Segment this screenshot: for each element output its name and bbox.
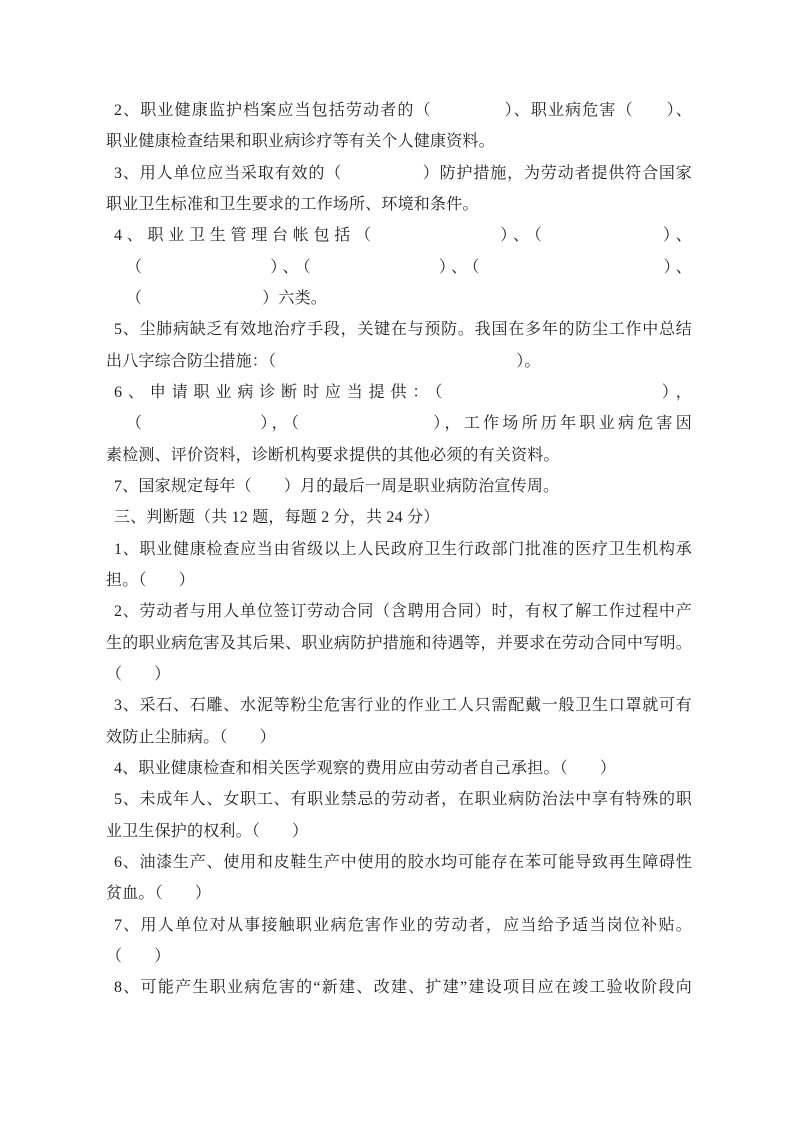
text-line: 2、劳动者与用人单位签订劳动合同（含聘用合同）时，有权了解工作过程中产 [106, 596, 692, 627]
text-line: 2、职业健康监护档案应当包括劳动者的（）、职业病危害（）、 [106, 95, 692, 126]
blank-answer-field [376, 238, 496, 240]
text-run: 担。（ [106, 572, 147, 589]
text-line: （）六类。 [106, 283, 692, 314]
text-line: 业卫生保护的权利。（） [106, 816, 692, 847]
text-line: 7、国家规定每年（）月的最后一周是职业病防治宣传周。 [106, 471, 692, 502]
text-run: 5、未成年人、女职工、有职业禁忌的劳动者，在职业病防治法中享有特殊的职 [114, 791, 692, 808]
text-run: 4、职业健康检查和相关医学观察的费用应由劳动者自己承担。（ [114, 760, 568, 777]
blank-answer-field [122, 959, 154, 961]
blank-answer-field [484, 270, 660, 272]
text-run: 业卫生保护的权利。（ [106, 823, 260, 840]
blank-answer-field [448, 395, 656, 397]
text-run: 5、尘肺病缺乏有效地治疗手段，关键在与预防。我国在多年的防尘工作中总结 [114, 321, 692, 338]
blank-answer-field [147, 583, 179, 585]
blank-answer-field [634, 113, 666, 115]
text-run: ）月的最后一周是职业病防治宣传周。 [284, 478, 559, 495]
text-run: 3、采石、石雕、水泥等粉尘危害行业的作业工人只需配戴一般卫生口罩就可有 [114, 697, 692, 714]
blank-answer-field [163, 896, 195, 898]
text-line: （）、（）、（）、 [106, 252, 692, 283]
text-line: （） [106, 941, 692, 972]
text-run: 7、用人单位对从事接触职业病危害作业的劳动者，应当给予适当岗位补贴。 [114, 917, 692, 934]
text-run: （ [106, 948, 122, 965]
text-line: 3、采石、石雕、水泥等粉尘危害行业的作业工人只需配戴一般卫生口罩就可有 [106, 690, 692, 721]
text-run: ）、（ [266, 259, 315, 276]
text-run: 出八字综合防尘措施：（ [106, 353, 276, 370]
text-run: （ [106, 666, 122, 683]
text-run: ） [179, 572, 195, 589]
text-line: 3、用人单位应当采取有效的（）防护措施，为劳动者提供符合国家 [106, 158, 692, 189]
text-line: 生的职业病危害及其后果、职业病防护措施和待遇等，并要求在劳动合同中写明。 [106, 628, 692, 659]
text-line: （） [106, 659, 692, 690]
text-line: 职业健康检查结果和职业病诊疗等有关个人健康资料。 [106, 126, 692, 157]
text-run: ）、 [660, 259, 692, 276]
blank-answer-field [276, 364, 516, 366]
text-run: 职业卫生标准和卫生要求的工作场所、环境和条件。 [106, 196, 479, 213]
blank-answer-field [142, 301, 262, 303]
text-run: ）、 [659, 227, 693, 244]
text-line: 4、职业健康检查和相关医学观察的费用应由劳动者自己承担。（） [106, 753, 692, 784]
text-line: 7、用人单位对从事接触职业病危害作业的劳动者，应当给予适当岗位补贴。 [106, 910, 692, 941]
text-run: ）、职业病危害（ [504, 102, 634, 119]
text-run: ）六类。 [262, 290, 327, 307]
text-run: 2、劳动者与用人单位签订劳动合同（含聘用合同）时，有权了解工作过程中产 [114, 603, 692, 620]
text-run: ）、 [666, 102, 692, 119]
text-run: 8、可能产生职业病危害的“新建、改建、扩建”建设项目应在竣工验收阶段向 [114, 979, 692, 996]
text-run: ）。 [516, 353, 540, 370]
text-run: （ [126, 259, 146, 276]
text-run: 6、申请职业病诊断时应当提供：（ [114, 384, 448, 401]
text-run: ）防护措施，为劳动者提供符合国家 [422, 165, 692, 182]
text-run: 4、职业卫生管理台帐包括（ [114, 227, 376, 244]
document-page-content: 2、职业健康监护档案应当包括劳动者的（）、职业病危害（）、职业健康检查结果和职业… [106, 95, 692, 1004]
blank-answer-field [145, 426, 257, 428]
blank-answer-field [342, 176, 422, 178]
text-run: 7、国家规定每年（ [114, 478, 252, 495]
blank-answer-field [547, 238, 659, 240]
blank-answer-field [260, 834, 292, 836]
text-run: （ [126, 290, 142, 307]
text-run: ），（ [257, 415, 302, 432]
text-run: ）、（ [435, 259, 484, 276]
text-run: （ [126, 415, 145, 432]
text-line: 职业卫生标准和卫生要求的工作场所、环境和条件。 [106, 189, 692, 220]
text-run: ） [292, 823, 308, 840]
blank-answer-field [252, 489, 284, 491]
text-line: 5、尘肺病缺乏有效地治疗手段，关键在与预防。我国在多年的防尘工作中总结 [106, 314, 692, 345]
text-run: 2、职业健康监护档案应当包括劳动者的（ [114, 102, 432, 119]
text-run: ） [260, 729, 276, 746]
blank-answer-field [122, 677, 154, 679]
text-run: 1、职业健康检查应当由省级以上人民政府卫生行政部门批准的医疗卫生机构承 [114, 541, 692, 558]
text-run: ），工作场所历年职业病危害因 [430, 415, 692, 432]
text-line: 三、判断题（共 12 题，每题 2 分，共 24 分） [106, 502, 692, 533]
text-line: 5、未成年人、女职工、有职业禁忌的劳动者，在职业病防治法中享有特殊的职 [106, 784, 692, 815]
blank-answer-field [228, 740, 260, 742]
text-run: ）， [656, 384, 692, 401]
text-line: 1、职业健康检查应当由省级以上人民政府卫生行政部门批准的医疗卫生机构承 [106, 534, 692, 565]
document-page: 2、职业健康监护档案应当包括劳动者的（）、职业病危害（）、职业健康检查结果和职业… [0, 0, 793, 1122]
text-run: ） [600, 760, 616, 777]
text-line: 6、油漆生产、使用和皮鞋生产中使用的胶水均可能存在苯可能导致再生障碍性 [106, 847, 692, 878]
text-line: 素检测、评价资料，诊断机构要求提供的其他必须的有关资料。 [106, 440, 692, 471]
text-line: 出八字综合防尘措施：（）。 [106, 346, 692, 377]
text-line: 6、申请职业病诊断时应当提供：（）， [106, 377, 692, 408]
text-line: 8、可能产生职业病危害的“新建、改建、扩建”建设项目应在竣工验收阶段向 [106, 972, 692, 1003]
text-line: 担。（） [106, 565, 692, 596]
text-run: ） [154, 948, 170, 965]
text-run: ）、（ [496, 227, 547, 244]
blank-answer-field [432, 113, 504, 115]
blank-answer-field [302, 426, 430, 428]
text-run: ） [154, 666, 170, 683]
blank-answer-field [568, 771, 600, 773]
text-run: 6、油漆生产、使用和皮鞋生产中使用的胶水均可能存在苯可能导致再生障碍性 [114, 854, 692, 871]
text-run: 职业健康检查结果和职业病诊疗等有关个人健康资料。 [106, 133, 495, 150]
text-run: 贫血。（ [106, 885, 163, 902]
text-run: 生的职业病危害及其后果、职业病防护措施和待遇等，并要求在劳动合同中写明。 [106, 635, 692, 652]
text-run: ） [195, 885, 211, 902]
text-run: 效防止尘肺病。（ [106, 729, 228, 746]
text-run: 三、判断题（共 12 题，每题 2 分，共 24 分） [114, 509, 439, 526]
text-run: 素检测、评价资料，诊断机构要求提供的其他必须的有关资料。 [106, 447, 560, 464]
blank-answer-field [146, 270, 266, 272]
text-line: 效防止尘肺病。（） [106, 722, 692, 753]
text-line: 4、职业卫生管理台帐包括（）、（）、 [106, 220, 692, 251]
blank-answer-field [315, 270, 435, 272]
text-run: 3、用人单位应当采取有效的（ [114, 165, 342, 182]
text-line: （），（），工作场所历年职业病危害因 [106, 408, 692, 439]
text-line: 贫血。（） [106, 878, 692, 909]
